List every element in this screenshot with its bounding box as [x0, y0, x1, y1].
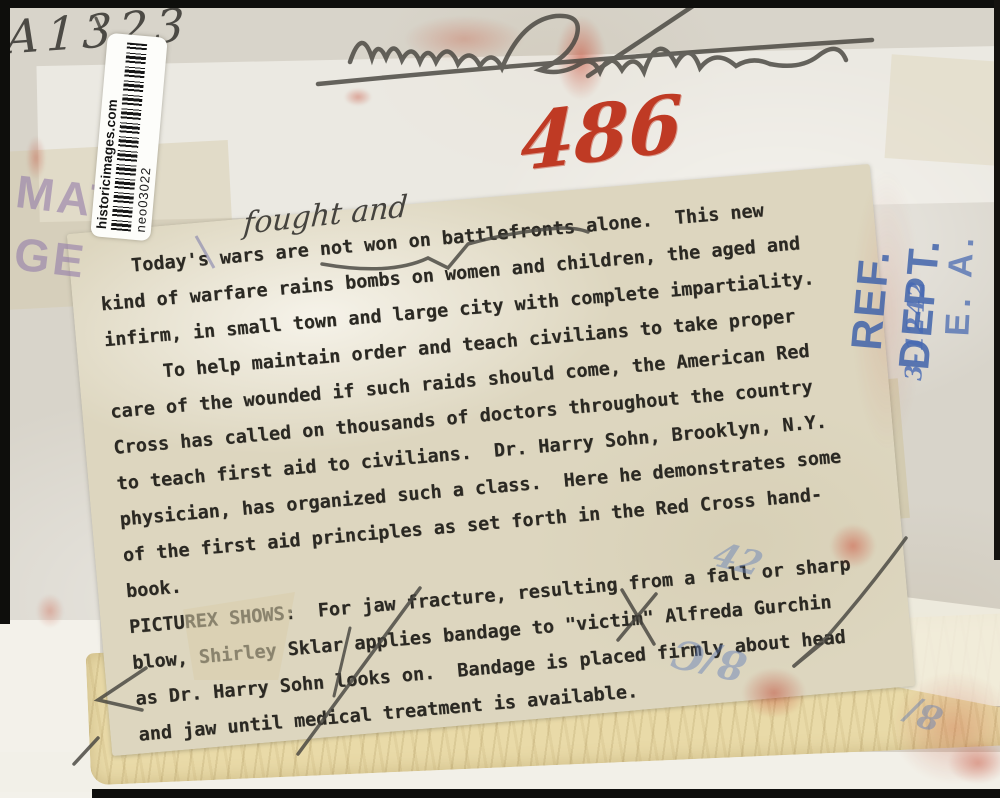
- scan-border-left: [0, 0, 10, 624]
- red-smudge: [344, 88, 372, 106]
- tape-top-right: [885, 54, 1000, 166]
- red-smudge: [830, 524, 876, 568]
- scan-border-top: [0, 0, 1000, 8]
- red-smudge: [948, 742, 1000, 784]
- scan-border-right: [994, 0, 1000, 560]
- scan-border-bottom: [92, 789, 1000, 798]
- blue-date-note: 3-1242: [900, 271, 936, 388]
- photo-back-scan: MAT GE Today's wars are not won on battl…: [0, 0, 1000, 798]
- red-smudge: [404, 16, 524, 62]
- red-smudge: [36, 594, 64, 628]
- red-smudge: [742, 668, 806, 718]
- initials-stamp: E. A.: [938, 225, 988, 343]
